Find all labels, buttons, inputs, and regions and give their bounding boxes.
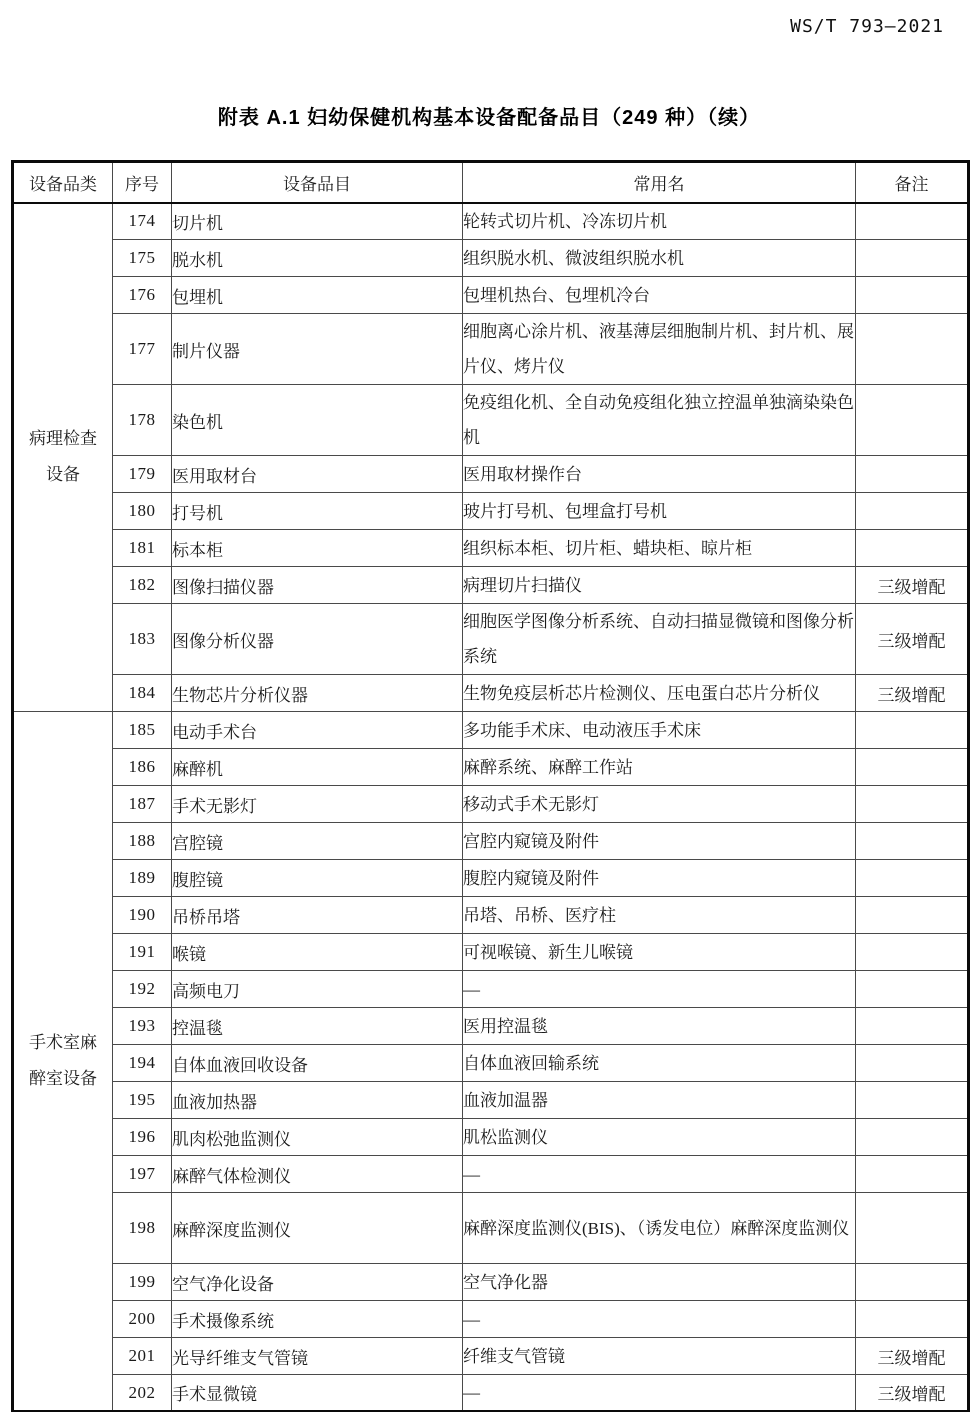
note-cell: [856, 203, 969, 240]
item-name-cell: 图像分析仪器: [172, 604, 463, 675]
common-name-cell: 医用控温毯: [463, 1008, 856, 1045]
col-header-common-name: 常用名: [463, 162, 856, 203]
header-row: 设备品类 序号 设备品目 常用名 备注: [13, 162, 969, 203]
item-name-cell: 电动手术台: [172, 712, 463, 749]
common-name-cell: 可视喉镜、新生儿喉镜: [463, 934, 856, 971]
item-name-cell: 医用取材台: [172, 456, 463, 493]
category-cell: 手术室麻醉室设备: [13, 712, 113, 1412]
note-cell: [856, 786, 969, 823]
page-title: 附表 A.1 妇幼保健机构基本设备配备品目（249 种）（续）: [0, 101, 978, 130]
note-cell: [856, 749, 969, 786]
table-header: 设备品类 序号 设备品目 常用名 备注: [13, 162, 969, 203]
common-name-cell: 宫腔内窥镜及附件: [463, 823, 856, 860]
item-name-cell: 制片仪器: [172, 314, 463, 385]
table-row: 197麻醉气体检测仪—: [13, 1156, 969, 1193]
note-cell: [856, 1193, 969, 1264]
row-number-cell: 189: [113, 860, 172, 897]
row-number-cell: 176: [113, 277, 172, 314]
row-number-cell: 191: [113, 934, 172, 971]
common-name-cell: 包埋机热台、包埋机冷台: [463, 277, 856, 314]
table-row: 200手术摄像系统—: [13, 1301, 969, 1338]
table-row: 187手术无影灯移动式手术无影灯: [13, 786, 969, 823]
row-number-cell: 186: [113, 749, 172, 786]
note-cell: [856, 493, 969, 530]
note-cell: [856, 1156, 969, 1193]
row-number-cell: 178: [113, 385, 172, 456]
row-number-cell: 195: [113, 1082, 172, 1119]
common-name-cell: 组织脱水机、微波组织脱水机: [463, 240, 856, 277]
common-name-cell: 移动式手术无影灯: [463, 786, 856, 823]
table-row: 184生物芯片分析仪器生物免疫层析芯片检测仪、压电蛋白芯片分析仪三级增配: [13, 675, 969, 712]
table-row: 183图像分析仪器细胞医学图像分析系统、自动扫描显微镜和图像分析系统三级增配: [13, 604, 969, 675]
item-name-cell: 麻醉气体检测仪: [172, 1156, 463, 1193]
row-number-cell: 179: [113, 456, 172, 493]
common-name-cell: 玻片打号机、包埋盒打号机: [463, 493, 856, 530]
row-number-cell: 190: [113, 897, 172, 934]
common-name-cell: 细胞医学图像分析系统、自动扫描显微镜和图像分析系统: [463, 604, 856, 675]
common-name-cell: —: [463, 1156, 856, 1193]
table-row: 196肌肉松弛监测仪肌松监测仪: [13, 1119, 969, 1156]
item-name-cell: 喉镜: [172, 934, 463, 971]
row-number-cell: 192: [113, 971, 172, 1008]
table-row: 175脱水机组织脱水机、微波组织脱水机: [13, 240, 969, 277]
note-cell: [856, 897, 969, 934]
common-name-cell: 免疫组化机、全自动免疫组化独立控温单独滴染染色机: [463, 385, 856, 456]
row-number-cell: 175: [113, 240, 172, 277]
row-number-cell: 182: [113, 567, 172, 604]
note-cell: 三级增配: [856, 1375, 969, 1412]
item-name-cell: 图像扫描仪器: [172, 567, 463, 604]
table-row: 201光导纤维支气管镜纤维支气管镜三级增配: [13, 1338, 969, 1375]
row-number-cell: 181: [113, 530, 172, 567]
note-cell: [856, 823, 969, 860]
row-number-cell: 200: [113, 1301, 172, 1338]
item-name-cell: 腹腔镜: [172, 860, 463, 897]
category-line: 手术室麻: [14, 1025, 112, 1061]
common-name-cell: 生物免疫层析芯片检测仪、压电蛋白芯片分析仪: [463, 675, 856, 712]
item-name-cell: 麻醉深度监测仪: [172, 1193, 463, 1264]
common-name-cell: 吊塔、吊桥、医疗柱: [463, 897, 856, 934]
table-row: 177制片仪器细胞离心涂片机、液基薄层细胞制片机、封片机、展片仪、烤片仪: [13, 314, 969, 385]
note-cell: [856, 1008, 969, 1045]
common-name-cell: 空气净化器: [463, 1264, 856, 1301]
equipment-table: 设备品类 序号 设备品目 常用名 备注 病理检查设备174切片机轮转式切片机、冷…: [11, 160, 970, 1412]
table-row: 188宫腔镜宫腔内窥镜及附件: [13, 823, 969, 860]
common-name-cell: 麻醉系统、麻醉工作站: [463, 749, 856, 786]
note-cell: [856, 860, 969, 897]
row-number-cell: 196: [113, 1119, 172, 1156]
table-row: 198麻醉深度监测仪麻醉深度监测仪(BIS)、（诱发电位）麻醉深度监测仪: [13, 1193, 969, 1264]
table-row: 192高频电刀—: [13, 971, 969, 1008]
table-row: 186麻醉机麻醉系统、麻醉工作站: [13, 749, 969, 786]
col-header-note: 备注: [856, 162, 969, 203]
common-name-cell: 轮转式切片机、冷冻切片机: [463, 203, 856, 240]
table-row: 191喉镜可视喉镜、新生儿喉镜: [13, 934, 969, 971]
table-row: 176包埋机包埋机热台、包埋机冷台: [13, 277, 969, 314]
category-cell: 病理检查设备: [13, 203, 113, 712]
table-row: 178染色机免疫组化机、全自动免疫组化独立控温单独滴染染色机: [13, 385, 969, 456]
common-name-cell: 麻醉深度监测仪(BIS)、（诱发电位）麻醉深度监测仪: [463, 1193, 856, 1264]
table-row: 182图像扫描仪器病理切片扫描仪三级增配: [13, 567, 969, 604]
common-name-cell: 组织标本柜、切片柜、蜡块柜、晾片柜: [463, 530, 856, 567]
col-header-category: 设备品类: [13, 162, 113, 203]
item-name-cell: 包埋机: [172, 277, 463, 314]
row-number-cell: 187: [113, 786, 172, 823]
common-name-cell: 医用取材操作台: [463, 456, 856, 493]
note-cell: [856, 314, 969, 385]
row-number-cell: 194: [113, 1045, 172, 1082]
row-number-cell: 197: [113, 1156, 172, 1193]
table-row: 180打号机玻片打号机、包埋盒打号机: [13, 493, 969, 530]
item-name-cell: 手术显微镜: [172, 1375, 463, 1412]
row-number-cell: 174: [113, 203, 172, 240]
note-cell: 三级增配: [856, 567, 969, 604]
note-cell: [856, 1119, 969, 1156]
document-page: { "page": { "doc_number": "WS/T 793—2021…: [0, 0, 978, 1412]
note-cell: [856, 934, 969, 971]
row-number-cell: 184: [113, 675, 172, 712]
note-cell: [856, 530, 969, 567]
category-line: 设备: [14, 457, 112, 493]
common-name-cell: 自体血液回输系统: [463, 1045, 856, 1082]
note-cell: [856, 1301, 969, 1338]
note-cell: [856, 971, 969, 1008]
item-name-cell: 麻醉机: [172, 749, 463, 786]
table-row: 181标本柜组织标本柜、切片柜、蜡块柜、晾片柜: [13, 530, 969, 567]
common-name-cell: 细胞离心涂片机、液基薄层细胞制片机、封片机、展片仪、烤片仪: [463, 314, 856, 385]
item-name-cell: 标本柜: [172, 530, 463, 567]
item-name-cell: 空气净化设备: [172, 1264, 463, 1301]
item-name-cell: 打号机: [172, 493, 463, 530]
item-name-cell: 手术摄像系统: [172, 1301, 463, 1338]
note-cell: [856, 1045, 969, 1082]
common-name-cell: 腹腔内窥镜及附件: [463, 860, 856, 897]
table-row: 199空气净化设备空气净化器: [13, 1264, 969, 1301]
item-name-cell: 吊桥吊塔: [172, 897, 463, 934]
item-name-cell: 高频电刀: [172, 971, 463, 1008]
item-name-cell: 脱水机: [172, 240, 463, 277]
common-name-cell: —: [463, 971, 856, 1008]
note-cell: 三级增配: [856, 1338, 969, 1375]
item-name-cell: 光导纤维支气管镜: [172, 1338, 463, 1375]
common-name-cell: 血液加温器: [463, 1082, 856, 1119]
table-row: 195血液加热器血液加温器: [13, 1082, 969, 1119]
item-name-cell: 自体血液回收设备: [172, 1045, 463, 1082]
item-name-cell: 染色机: [172, 385, 463, 456]
note-cell: 三级增配: [856, 675, 969, 712]
row-number-cell: 193: [113, 1008, 172, 1045]
table-row: 193控温毯医用控温毯: [13, 1008, 969, 1045]
item-name-cell: 宫腔镜: [172, 823, 463, 860]
common-name-cell: —: [463, 1301, 856, 1338]
row-number-cell: 202: [113, 1375, 172, 1412]
table-row: 189腹腔镜腹腔内窥镜及附件: [13, 860, 969, 897]
item-name-cell: 控温毯: [172, 1008, 463, 1045]
table-row: 病理检查设备174切片机轮转式切片机、冷冻切片机: [13, 203, 969, 240]
item-name-cell: 生物芯片分析仪器: [172, 675, 463, 712]
table-row: 202手术显微镜—三级增配: [13, 1375, 969, 1412]
common-name-cell: 病理切片扫描仪: [463, 567, 856, 604]
common-name-cell: —: [463, 1375, 856, 1412]
note-cell: [856, 240, 969, 277]
table-row: 手术室麻醉室设备185电动手术台多功能手术床、电动液压手术床: [13, 712, 969, 749]
category-line: 醉室设备: [14, 1061, 112, 1097]
row-number-cell: 199: [113, 1264, 172, 1301]
row-number-cell: 183: [113, 604, 172, 675]
note-cell: [856, 712, 969, 749]
table-body: 病理检查设备174切片机轮转式切片机、冷冻切片机175脱水机组织脱水机、微波组织…: [13, 203, 969, 1412]
note-cell: 三级增配: [856, 604, 969, 675]
row-number-cell: 177: [113, 314, 172, 385]
table-row: 194自体血液回收设备自体血液回输系统: [13, 1045, 969, 1082]
item-name-cell: 手术无影灯: [172, 786, 463, 823]
row-number-cell: 185: [113, 712, 172, 749]
item-name-cell: 肌肉松弛监测仪: [172, 1119, 463, 1156]
col-header-number: 序号: [113, 162, 172, 203]
row-number-cell: 188: [113, 823, 172, 860]
table-row: 179医用取材台医用取材操作台: [13, 456, 969, 493]
note-cell: [856, 277, 969, 314]
category-line: 病理检查: [14, 421, 112, 457]
note-cell: [856, 1264, 969, 1301]
item-name-cell: 切片机: [172, 203, 463, 240]
common-name-cell: 肌松监测仪: [463, 1119, 856, 1156]
standard-number: WS/T 793—2021: [790, 16, 944, 37]
table-row: 190吊桥吊塔吊塔、吊桥、医疗柱: [13, 897, 969, 934]
col-header-item: 设备品目: [172, 162, 463, 203]
common-name-cell: 多功能手术床、电动液压手术床: [463, 712, 856, 749]
row-number-cell: 201: [113, 1338, 172, 1375]
note-cell: [856, 456, 969, 493]
item-name-cell: 血液加热器: [172, 1082, 463, 1119]
note-cell: [856, 385, 969, 456]
row-number-cell: 198: [113, 1193, 172, 1264]
row-number-cell: 180: [113, 493, 172, 530]
note-cell: [856, 1082, 969, 1119]
common-name-cell: 纤维支气管镜: [463, 1338, 856, 1375]
